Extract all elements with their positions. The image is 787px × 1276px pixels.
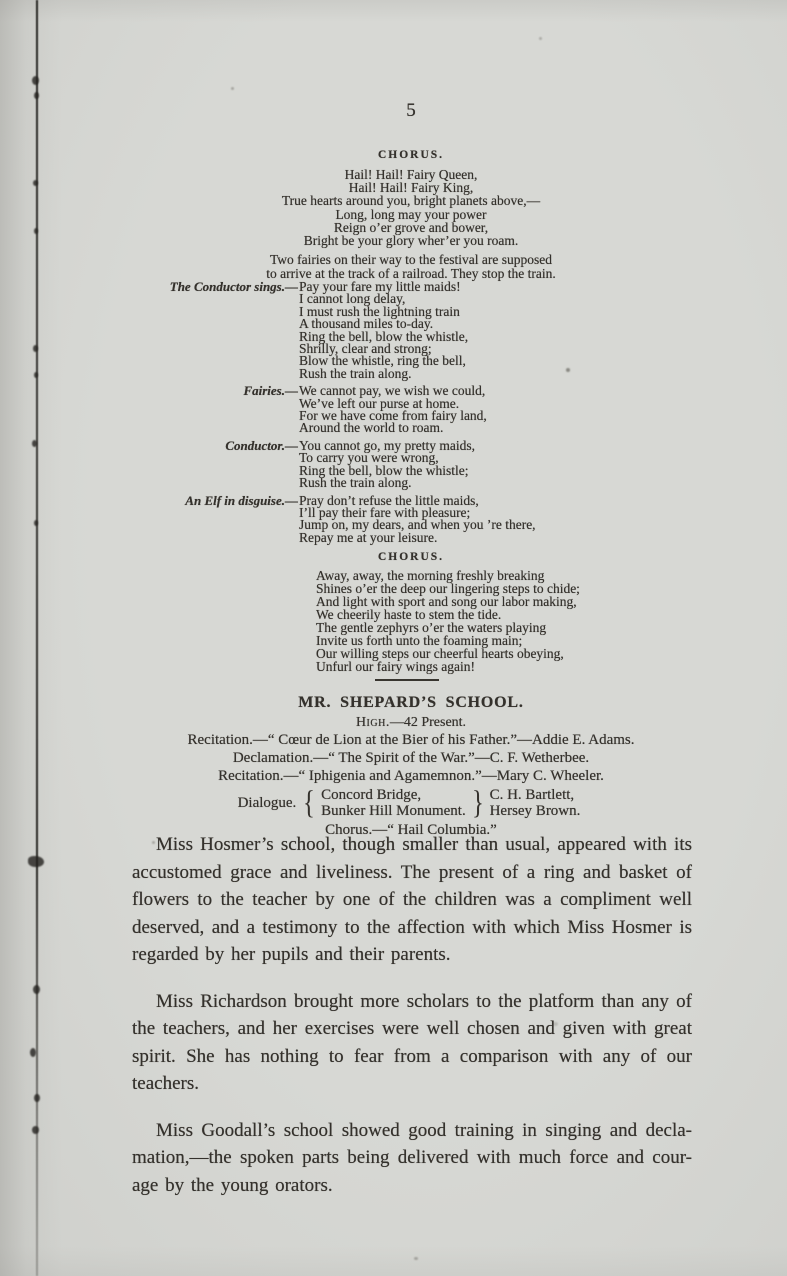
speaker-label: Fairies.— [100,385,298,397]
verse-line: Repay me at your leisure. [299,532,722,544]
speaker-label: The Conductor sings.— [100,281,298,293]
binding-ink-blot [28,856,44,867]
verse: Pray don’t refuse the little maids, I’ll… [299,495,722,545]
stage-note-line: to arrive at the track of a railroad. Th… [100,267,722,281]
program-item: Recitation.—“ Cœur de Lion at the Bier o… [100,731,722,749]
dialogue-label: Dialogue. [238,795,297,812]
body-line: Miss Goodall’s school showed good traini… [132,1117,692,1145]
body-line: deserved, and a testimony to the affecti… [132,914,692,942]
program-subheading: High.—42 Present. [100,715,722,731]
dialogue-block-conductor-sings: The Conductor sings.— Pay your fare my l… [100,281,722,380]
program-item: Recitation.—“ Iphigenia and Agamemnon.”—… [100,767,722,785]
paper-speck [231,87,234,90]
sung-dialogue-section: The Conductor sings.— Pay your fare my l… [100,281,722,544]
performer-name: Hersey Brown. [490,803,581,819]
section-divider [375,679,439,681]
body-line: mation,—the spoken parts being delivered… [132,1144,692,1172]
grade-label: High. [356,715,390,730]
page-number: 5 [100,100,722,122]
verse: We cannot pay, we wish we could, We’ve l… [299,385,722,435]
binding-stitch-mark [32,76,39,85]
report-body: Miss Hosmer’s school, though smaller tha… [132,831,692,1218]
dialogue-title: Concord Bridge, [321,787,466,803]
book-binding-line [36,0,38,1276]
body-line: accustomed grace and liveliness. The pre… [132,859,692,887]
binding-stitch-mark [32,1126,39,1134]
binding-stitch-mark [34,520,38,526]
binding-stitch-mark [34,92,39,99]
stage-direction-note: Two fairies on their way to the festival… [100,253,722,280]
speaker-label: Conductor.— [100,440,298,452]
binding-stitch-mark [30,1048,36,1057]
binding-stitch-mark [32,440,37,447]
dialogue-performers: C. H. Bartlett, Hersey Brown. [490,787,581,819]
body-line: age by the young orators. [132,1172,692,1200]
school-heading: MR. SHEPARD’S SCHOOL. [100,694,722,712]
program-dialogue-row: Dialogue. { Concord Bridge, Bunker Hill … [100,787,722,819]
chorus-section-1: CHORUS. Hail! Hail! Fairy Queen, Hail! H… [100,149,722,247]
dialogue-titles: Concord Bridge, Bunker Hill Monument. [321,787,466,819]
dialogue-block-conductor: Conductor.— You cannot go, my pretty mai… [100,440,722,490]
verse-line: Rush the train along. [299,477,722,489]
performer-name: C. H. Bartlett, [490,787,581,803]
body-line: Miss Richardson brought more scholars to… [132,988,692,1016]
school-program-section: MR. SHEPARD’S SCHOOL. High.—42 Present. … [100,694,722,839]
body-line: the teachers, and her exercises were wel… [132,1015,692,1043]
chorus-line: Long, long may your power [100,208,722,221]
body-line: Miss Hosmer’s school, though smaller tha… [132,831,692,859]
chorus-heading: CHORUS. [100,551,722,563]
binding-stitch-mark [33,180,38,186]
chorus-line: Bright be your glory wher’er you roam. [100,234,722,247]
verse: You cannot go, my pretty maids, To carry… [299,440,722,490]
body-line: teachers. [132,1070,692,1098]
chorus-line: Unfurl our fairy wings again! [316,660,722,673]
binding-stitch-mark [33,985,40,994]
binding-stitch-mark [34,372,38,378]
speaker-label: An Elf in disguise.— [100,495,298,507]
body-line: regarded by her pupils and their parents… [132,941,692,969]
stage-note-line: Two fairies on their way to the festival… [100,253,722,267]
verse: Pay your fare my little maids! I cannot … [299,281,722,380]
binding-stitch-mark [34,228,38,234]
verse-line: Rush the train along. [299,368,722,380]
left-brace-glyph: { [303,788,315,818]
binding-stitch-mark [33,345,38,352]
program-item: Declamation.—“ The Spirit of the War.”—C… [100,749,722,767]
dialogue-title: Bunker Hill Monument. [321,803,466,819]
chorus-line: True hearts around you, bright planets a… [100,194,722,207]
chorus-section-2: CHORUS. Away, away, the morning freshly … [100,551,722,673]
verse-line: Around the world to roam. [299,422,722,434]
binding-stitch-mark [34,1094,40,1102]
scanned-book-page: 5 CHORUS. Hail! Hail! Fairy Queen, Hail!… [0,0,787,1276]
dialogue-block-fairies: Fairies.— We cannot pay, we wish we coul… [100,385,722,435]
attendance-count: —42 Present. [390,715,466,730]
right-brace-glyph: } [472,788,484,818]
body-line: spirit. She has nothing to fear from a c… [132,1043,692,1071]
dialogue-block-elf: An Elf in disguise.— Pray don’t refuse t… [100,495,722,545]
paper-speck [414,1257,418,1260]
paper-speck [539,37,542,40]
chorus-heading: CHORUS. [100,149,722,161]
body-line: flowers to the teacher by one of the chi… [132,886,692,914]
